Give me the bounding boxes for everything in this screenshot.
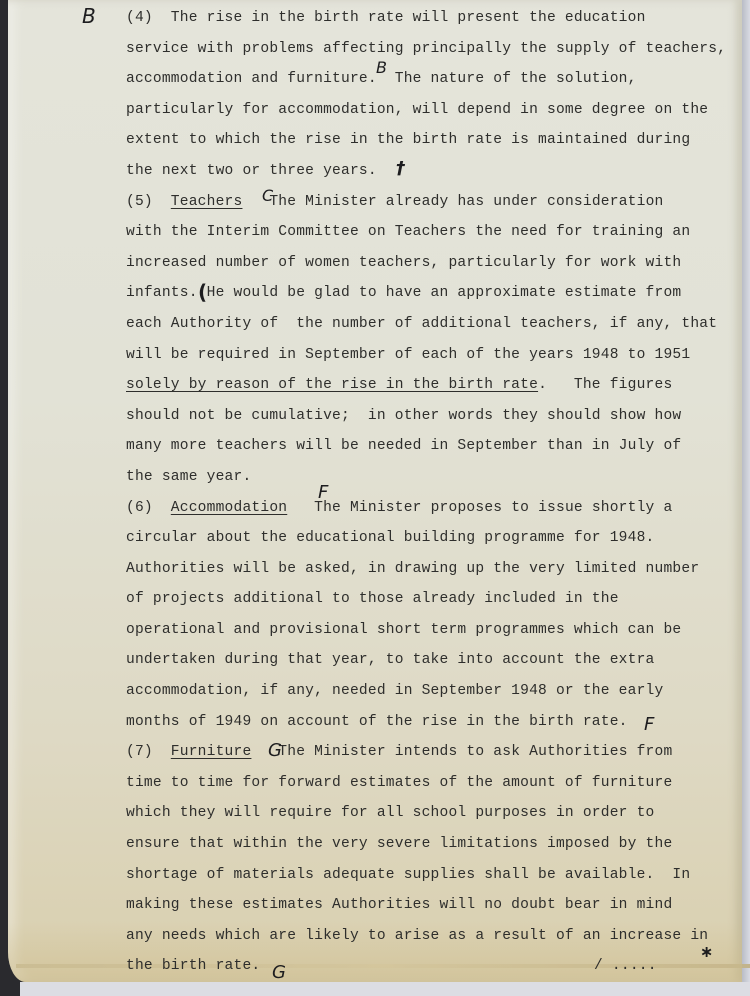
para7-heading-line: (7) Furniture The Minister intends to as… bbox=[126, 742, 746, 773]
typed-text-body: (4) The rise in the birth rate will pres… bbox=[126, 8, 746, 987]
para6-heading-line: (6) Accommodation The Minister proposes … bbox=[126, 498, 746, 529]
para4-line-4: particularly for accommodation, will dep… bbox=[126, 100, 746, 131]
para7-number: (7) bbox=[126, 744, 153, 760]
para4-line-6: the next two or three years. bbox=[126, 161, 746, 192]
para7-line-7: any needs which are likely to arise as a… bbox=[126, 926, 746, 957]
handwritten-mark-b: B bbox=[376, 58, 387, 77]
para7-line-3: which they will require for all school p… bbox=[126, 803, 746, 834]
para5-heading-line: (5) Teachers The Minister already has un… bbox=[126, 192, 746, 223]
para7-line-8: the birth rate./ ..... bbox=[126, 956, 746, 987]
para4-line-2: service with problems affecting principa… bbox=[126, 39, 746, 70]
para7-line-5: shortage of materials adequate supplies … bbox=[126, 865, 746, 896]
para7-last-line: the birth rate. bbox=[126, 958, 260, 974]
para5-line-3: increased number of women teachers, part… bbox=[126, 253, 746, 284]
para5-line-7: solely by reason of the rise in the birt… bbox=[126, 375, 746, 406]
para5-first-line: The Minister already has under considera… bbox=[269, 194, 663, 210]
section-heading-teachers: Teachers bbox=[171, 194, 243, 210]
para7-line-6: making these estimates Authorities will … bbox=[126, 895, 746, 926]
para4-line-1: (4) The rise in the birth rate will pres… bbox=[126, 8, 746, 39]
para5-line-8: should not be cumulative; in other words… bbox=[126, 406, 746, 437]
para4-line-5: extent to which the rise in the birth ra… bbox=[126, 130, 746, 161]
para5-line-9: many more teachers will be needed in Sep… bbox=[126, 436, 746, 467]
section-heading-furniture: Furniture bbox=[171, 744, 252, 760]
handwritten-mark-f-2: F bbox=[644, 714, 654, 735]
handwritten-mark-f: F bbox=[318, 482, 328, 503]
para6-number: (6) bbox=[126, 500, 153, 516]
para6-line-2: circular about the educational building … bbox=[126, 528, 746, 559]
handwritten-mark-g-2: G bbox=[272, 962, 286, 983]
section-heading-accommodation: Accommodation bbox=[171, 500, 287, 516]
para5-line-2: with the Interim Committee on Teachers t… bbox=[126, 222, 746, 253]
para6-line-3: Authorities will be asked, in drawing up… bbox=[126, 559, 746, 590]
para7-line-2: time to time for forward estimates of th… bbox=[126, 773, 746, 804]
continuation-mark: / ..... bbox=[594, 956, 657, 976]
para5-line-5: each Authority of the number of addition… bbox=[126, 314, 746, 345]
para6-line-5: operational and provisional short term p… bbox=[126, 620, 746, 651]
handwritten-mark-tick: † bbox=[396, 158, 405, 179]
handwritten-mark-c: C bbox=[262, 186, 273, 205]
handwritten-mark-g: G bbox=[268, 740, 282, 761]
para5-number: (5) bbox=[126, 194, 153, 210]
para7-first-line: The Minister intends to ask Authorities … bbox=[278, 744, 672, 760]
para5-line-6: will be required in September of each of… bbox=[126, 345, 746, 376]
para6-line-6: undertaken during that year, to take int… bbox=[126, 650, 746, 681]
para5-line-10: the same year. bbox=[126, 467, 746, 498]
handwritten-mark-star: ∗ bbox=[700, 942, 713, 961]
para6-first-line: The Minister proposes to issue shortly a bbox=[314, 500, 672, 516]
underlined-phrase: solely by reason of the rise in the birt… bbox=[126, 377, 538, 393]
handwritten-mark-bracket: ( bbox=[198, 280, 207, 304]
para4-line-3: accommodation and furniture. The nature … bbox=[126, 69, 746, 100]
handwritten-mark-b-margin: B bbox=[82, 4, 96, 28]
after-underline: . The figures bbox=[538, 377, 672, 393]
para6-line-7: accommodation, if any, needed in Septemb… bbox=[126, 681, 746, 712]
para5-line-4: infants. He would be glad to have an app… bbox=[126, 283, 746, 314]
para6-line-4: of projects additional to those already … bbox=[126, 589, 746, 620]
para7-line-4: ensure that within the very severe limit… bbox=[126, 834, 746, 865]
